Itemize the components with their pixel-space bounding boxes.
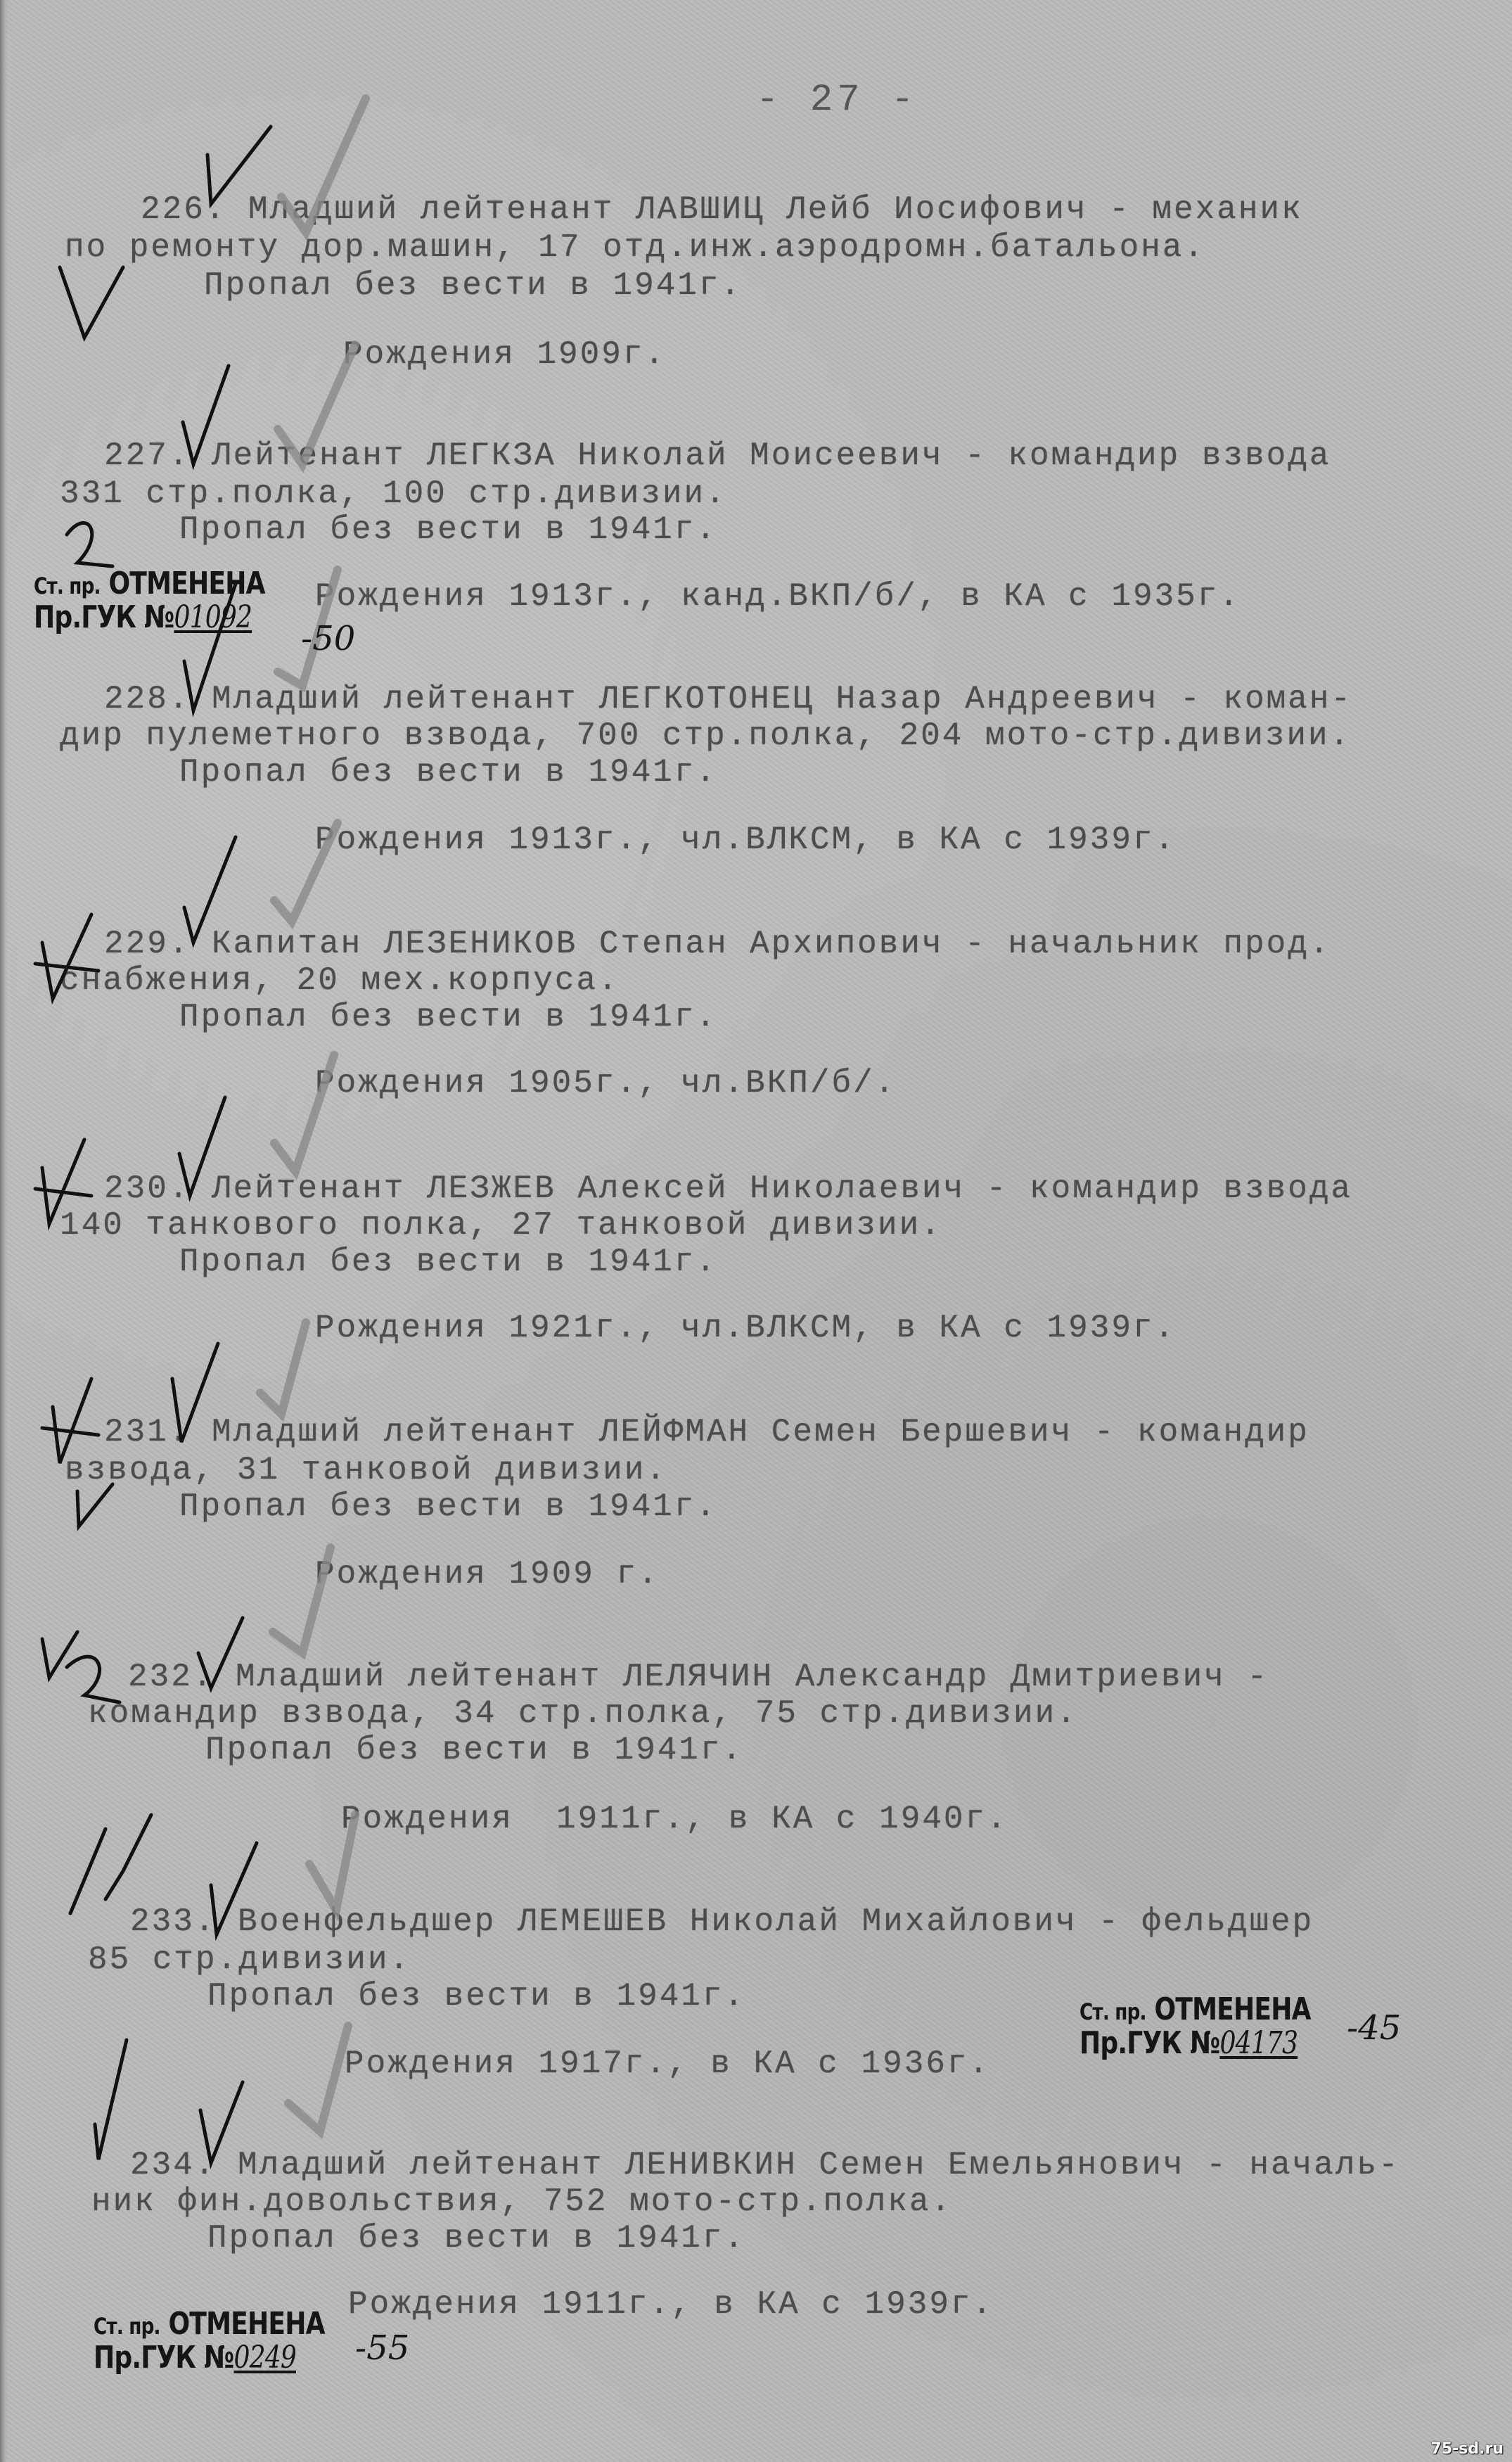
watermark: 75-sd.ru xyxy=(1431,2440,1504,2458)
entry-status: Пропал без вести в 1941г. xyxy=(204,267,742,304)
entry-status: Пропал без вести в 1941г. xyxy=(205,1732,743,1768)
entry-birth: Рождения 1921г., чл.ВЛКСМ, в КА с 1939г. xyxy=(315,1310,1176,1346)
entry-status: Пропал без вести в 1941г. xyxy=(179,1488,717,1525)
entry-line2: командир взвода, 34 стр.полка, 75 стр.ди… xyxy=(88,1695,1078,1732)
black-check-icon xyxy=(42,127,271,2163)
entry-status: Пропал без вести в 1941г. xyxy=(179,1244,717,1280)
entry-status: Пропал без вести в 1941г. xyxy=(179,511,717,548)
entry-line2: взвода, 31 танковой дивизии. xyxy=(65,1452,667,1488)
cancellation-stamp: Ст. пр. ОТМЕНЕНА Пр.ГУК №0249 xyxy=(94,2309,325,2373)
entry-birth: Рождения 1905г., чл.ВКП/б/. xyxy=(315,1065,896,1102)
entry-line1: 227. Лейтенант ЛЕГКЗА Николай Моисеевич … xyxy=(104,438,1331,474)
entry-birth: Рождения 1911г., в КА с 1940г. xyxy=(341,1801,1008,1837)
entry-line1: 233. Военфельдшер ЛЕМЕШЕВ Николай Михайл… xyxy=(130,1903,1314,1940)
entry-birth: Рождения 1909 г. xyxy=(315,1556,660,1593)
entry-status: Пропал без вести в 1941г. xyxy=(179,754,717,791)
entry-line1: 230. Лейтенант ЛЕЗЖЕВ Алексей Николаевич… xyxy=(104,1171,1352,1207)
entry-birth: Рождения 1913г., чл.ВЛКСМ, в КА с 1939г. xyxy=(315,822,1176,858)
entry-line2: дир пулеметного взвода, 700 стр.полка, 2… xyxy=(60,717,1351,754)
entry-birth: Рождения 1909г. xyxy=(343,336,666,373)
stamp-suffix: -45 xyxy=(1347,2008,1401,2048)
entry-line2: 331 стр.полка, 100 стр.дивизии. xyxy=(60,476,727,512)
entry-line1: 232. Младший лейтенант ЛЕЛЯЧИН Александр… xyxy=(128,1659,1269,1695)
entry-line1: 226. Младший лейтенант ЛАВШИЦ Лейб Иосиф… xyxy=(141,191,1303,228)
entry-status: Пропал без вести в 1941г. xyxy=(207,1978,745,2015)
cancellation-stamp: Ст. пр. ОТМЕНЕНА Пр.ГУК №04173 xyxy=(1079,1994,1311,2059)
entry-line1: 228. Младший лейтенант ЛЕГКОТОНЕЦ Назар … xyxy=(104,681,1352,717)
page-number: - 27 - xyxy=(756,79,918,122)
entry-birth: Рождения 1913г., канд.ВКП/б/, в КА с 193… xyxy=(315,578,1241,615)
cancellation-stamp: Ст. пр. ОТМЕНЕНА Пр.ГУК №01092 xyxy=(34,568,265,633)
page-left-edge xyxy=(0,0,7,2462)
entry-line1: 234. Младший лейтенант ЛЕНИВКИН Семен Ем… xyxy=(130,2147,1400,2183)
entry-line2: 140 танкового полка, 27 танковой дивизии… xyxy=(60,1207,942,1244)
entry-line1: 229. Капитан ЛЕЗЕНИКОВ Степан Архипович … xyxy=(104,926,1331,962)
entry-line2: 85 стр.дивизии. xyxy=(88,1941,411,1978)
entry-birth: Рождения 1917г., в КА с 1936г. xyxy=(345,2046,990,2082)
entry-line1: 231. Младший лейтенант ЛЕЙФМАН Семен Бер… xyxy=(104,1414,1309,1450)
entry-birth: Рождения 1911г., в КА с 1939г. xyxy=(348,2286,994,2323)
entry-line2: по ремонту дор.машин, 17 отд.инж.аэродро… xyxy=(65,229,1205,266)
entry-line2: снабжения, 20 мех.корпуса. xyxy=(60,962,620,999)
entry-status: Пропал без вести в 1941г. xyxy=(179,999,717,1035)
stamp-suffix: -50 xyxy=(301,619,355,658)
stamp-suffix: -55 xyxy=(355,2328,409,2368)
entry-line2: ник фин.довольствия, 752 мото-стр.полка. xyxy=(91,2183,952,2220)
entry-status: Пропал без вести в 1941г. xyxy=(207,2220,745,2257)
